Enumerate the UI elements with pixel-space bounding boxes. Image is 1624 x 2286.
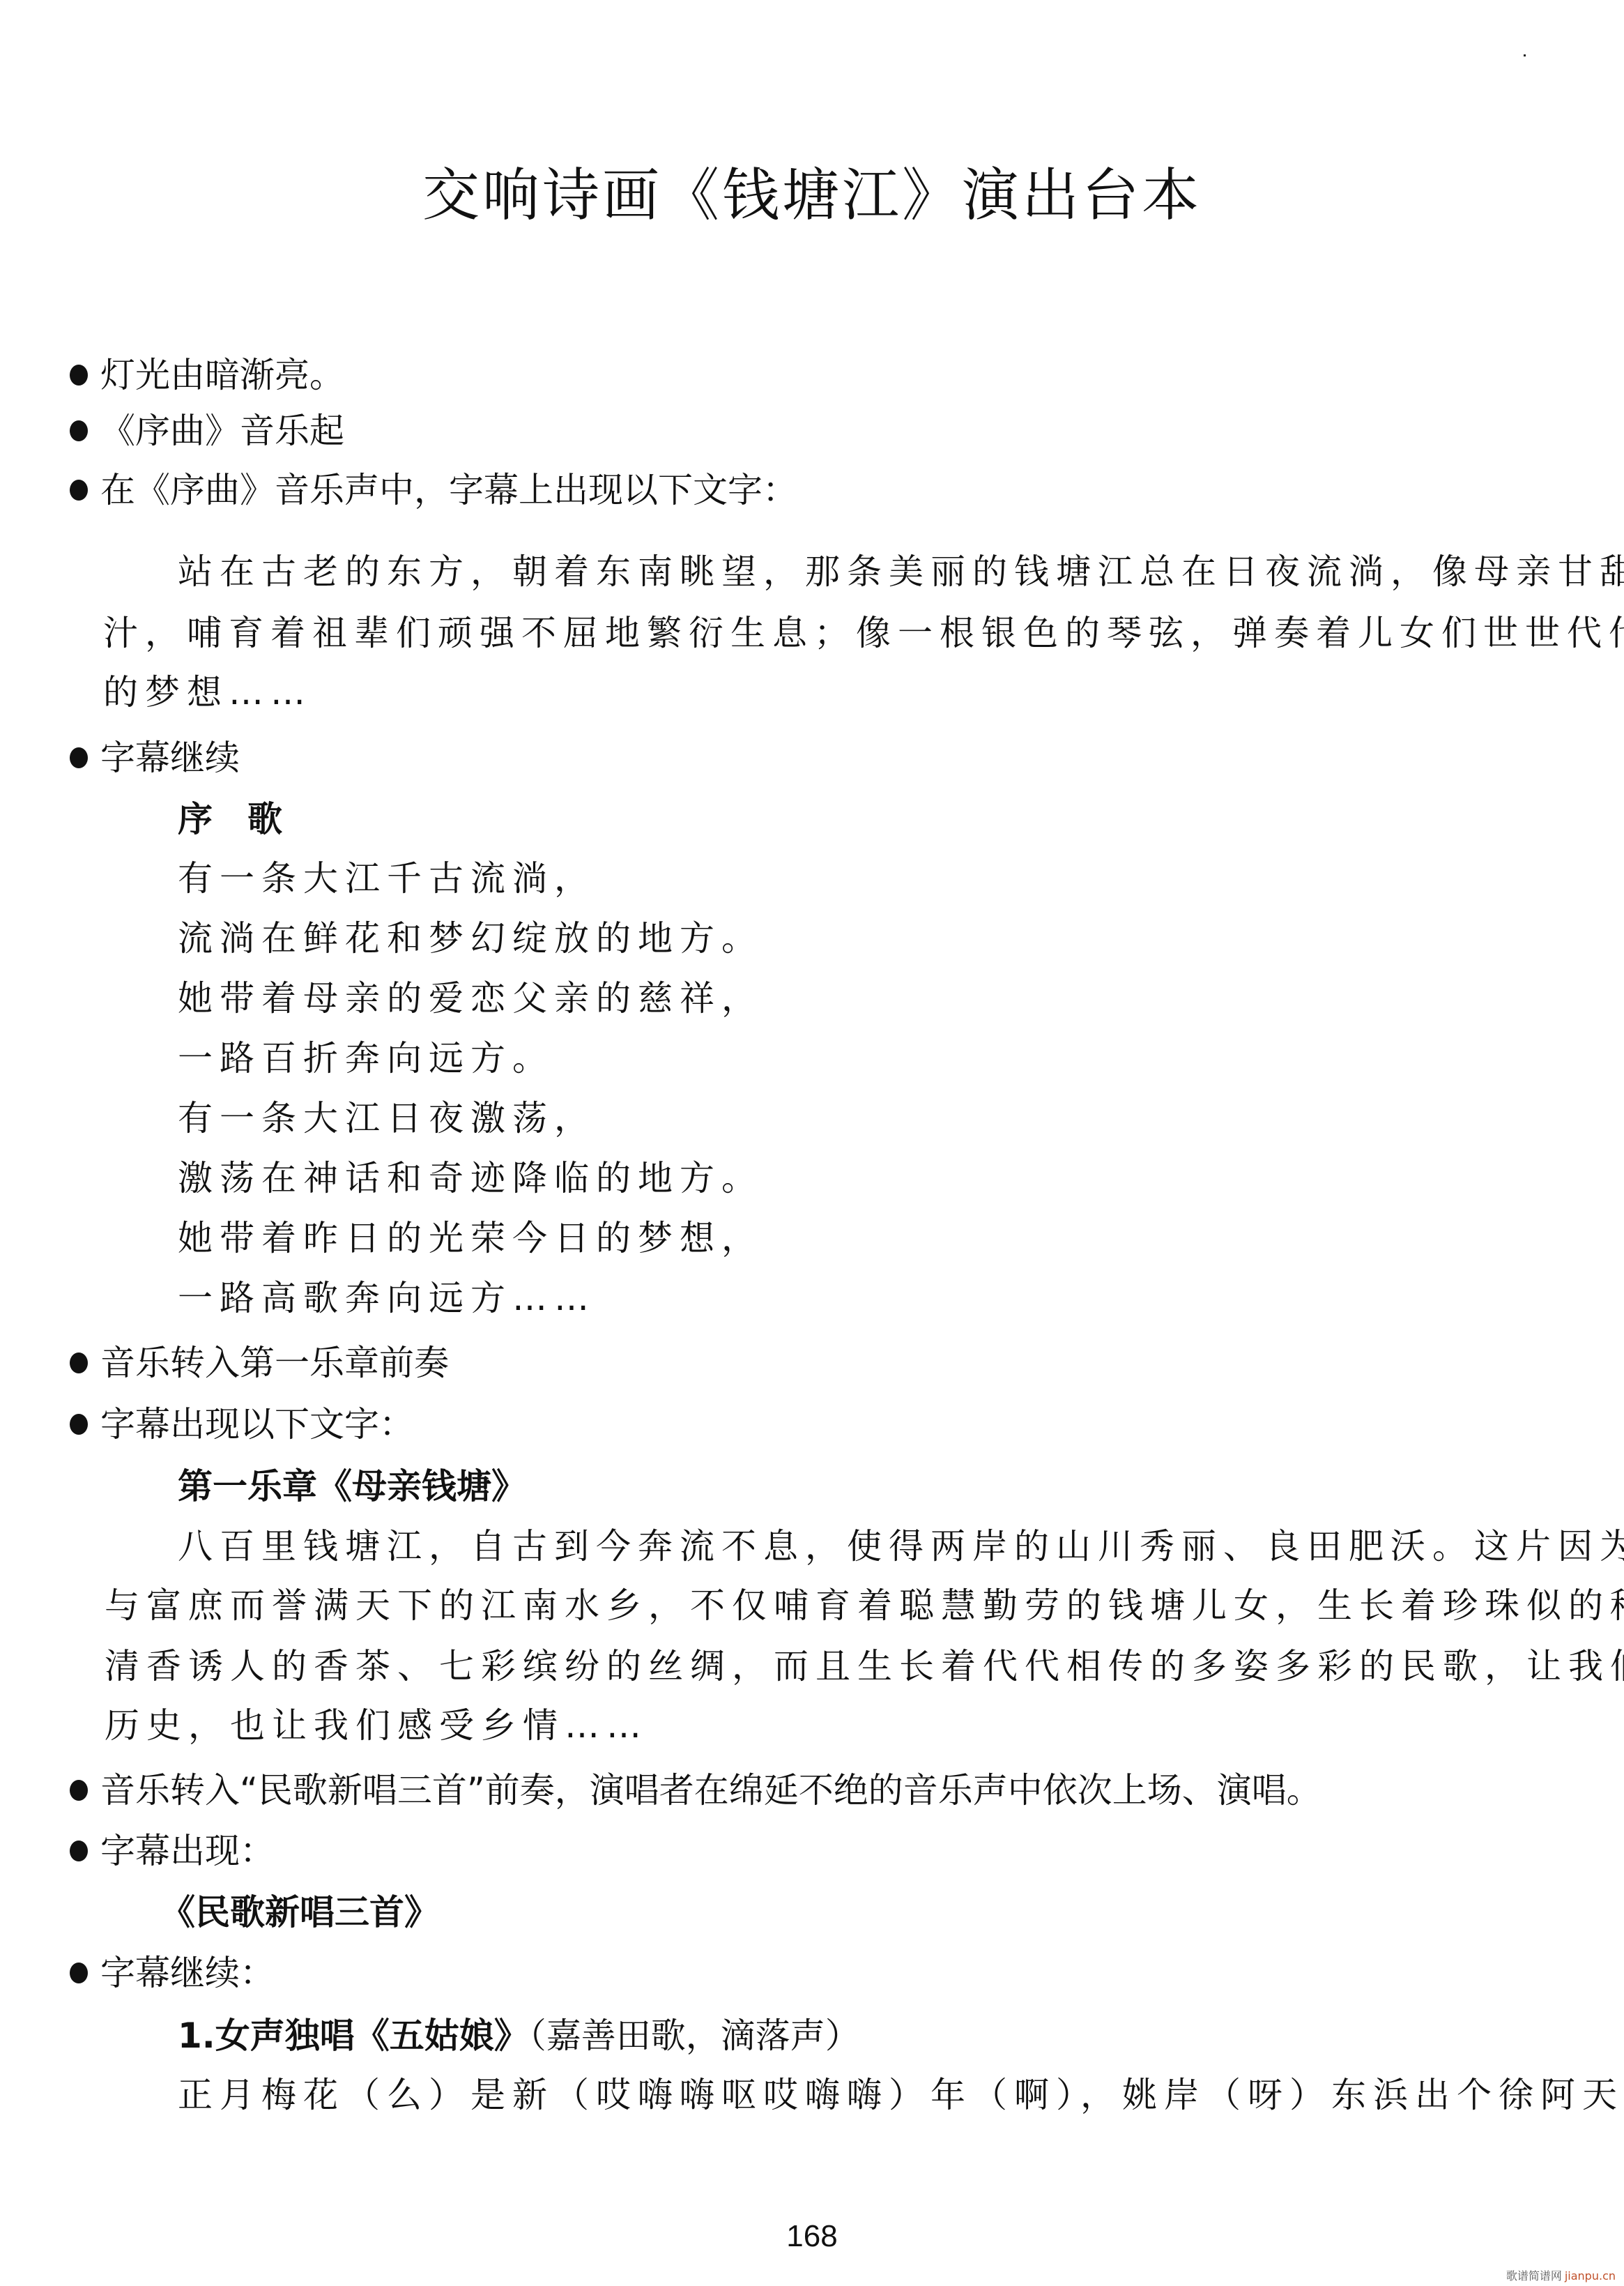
- bullet-item: 字幕继续：: [70, 1952, 275, 1994]
- watermark-url: jianpu.cn: [1565, 2269, 1616, 2283]
- lyric-line: 正月梅花（么）是新（哎嗨嗨呕哎嗨嗨）年（啊），姚岸（呀）东浜出个徐阿天。徐阿: [178, 2074, 1624, 2116]
- bullet-text: 《序曲》音乐起: [100, 411, 344, 451]
- bullet-item: 灯光由暗渐亮。: [70, 354, 344, 396]
- bullet-item: 音乐转入“民歌新唱三首”前奏，演唱者在绵延不绝的音乐声中依次上场、演唱。: [70, 1769, 1322, 1811]
- verse-line: 一路高歌奔向远方……: [178, 1277, 596, 1319]
- bullet-item: 《序曲》音乐起: [70, 410, 344, 452]
- song1-note: （嘉善田歌，滴落声）: [529, 2016, 860, 2056]
- bullet-item: 字幕继续: [70, 737, 240, 779]
- paragraph-line: 历史，也让我们感受乡情……: [105, 1705, 1554, 1746]
- verse-line: 一路百折奔向远方。: [178, 1037, 554, 1079]
- watermark: 歌谱简谱网jianpu.cn: [1506, 2267, 1616, 2283]
- watermark-site-name: 歌谱简谱网: [1506, 2269, 1562, 2283]
- scan-speck: [1524, 54, 1526, 56]
- bullet-icon: [70, 1780, 88, 1801]
- paragraph-line: 与富庶而誉满天下的江南水乡，不仅哺育着聪慧勤劳的钱塘儿女，生长着珍珠似的稻米、: [105, 1585, 1554, 1626]
- bullet-icon: [70, 747, 88, 768]
- page-title: 交响诗画《钱塘江》演出台本: [0, 150, 1624, 231]
- bullet-item: 音乐转入第一乐章前奏: [70, 1342, 449, 1384]
- song-heading: 1.女声独唱《五姑娘》（嘉善田歌，滴落声）: [178, 2015, 860, 2057]
- bullet-item: 字幕出现：: [70, 1830, 275, 1872]
- verse-line: 有一条大江千古流淌，: [178, 858, 596, 899]
- verse-line: 激荡在神话和奇迹降临的地方。: [178, 1157, 763, 1199]
- song1-title: 1.女声独唱《五姑娘》: [178, 2016, 529, 2056]
- bullet-icon: [70, 1841, 88, 1861]
- bullet-icon: [70, 420, 88, 441]
- bullet-text: 音乐转入“民歌新唱三首”前奏，演唱者在绵延不绝的音乐声中依次上场、演唱。: [100, 1770, 1322, 1811]
- page-number: 168: [0, 2219, 1624, 2254]
- verse-line: 她带着昨日的光荣今日的梦想，: [178, 1217, 763, 1259]
- movement-title: 第一乐章《母亲钱塘》: [178, 1465, 526, 1507]
- bullet-icon: [70, 1963, 88, 1983]
- paragraph-line: 站在古老的东方，朝着东南眺望，那条美丽的钱塘江总在日夜流淌，像母亲甘甜的乳: [178, 551, 1624, 593]
- bullet-text: 字幕继续: [100, 738, 240, 778]
- bullet-text: 灯光由暗渐亮。: [100, 355, 344, 395]
- paragraph-line: 的梦想……: [103, 671, 1553, 713]
- bullet-text: 字幕出现：: [100, 1831, 275, 1871]
- bullet-text: 字幕出现以下文字：: [100, 1404, 414, 1445]
- song-title: 序 歌: [178, 798, 282, 840]
- verse-line: 流淌在鲜花和梦幻绽放的地方。: [178, 917, 763, 959]
- paragraph-line: 八百里钱塘江，自古到今奔流不息，使得两岸的山川秀丽、良田肥沃。这片因为丰饶: [178, 1525, 1624, 1567]
- bullet-icon: [70, 365, 88, 386]
- bullet-icon: [70, 1414, 88, 1435]
- bullet-text: 在《序曲》音乐声中，字幕上出现以下文字：: [100, 470, 797, 510]
- bullet-item: 字幕出现以下文字：: [70, 1403, 414, 1445]
- paragraph-line: 汁，哺育着祖辈们顽强不屈地繁衍生息；像一根银色的琴弦，弹奏着儿女们世世代代绮丽: [103, 612, 1553, 654]
- bullet-icon: [70, 1352, 88, 1373]
- bullet-text: 字幕继续：: [100, 1953, 275, 1993]
- verse-line: 她带着母亲的爱恋父亲的慈祥，: [178, 977, 763, 1019]
- bullet-text: 音乐转入第一乐章前奏: [100, 1343, 449, 1383]
- bullet-icon: [70, 480, 88, 501]
- suite-title: 《民歌新唱三首》: [160, 1891, 439, 1933]
- verse-line: 有一条大江日夜激荡，: [178, 1097, 596, 1139]
- paragraph-line: 清香诱人的香茶、七彩缤纷的丝绸，而且生长着代代相传的多姿多彩的民歌，让我们聆听: [105, 1645, 1554, 1687]
- bullet-item: 在《序曲》音乐声中，字幕上出现以下文字：: [70, 469, 797, 511]
